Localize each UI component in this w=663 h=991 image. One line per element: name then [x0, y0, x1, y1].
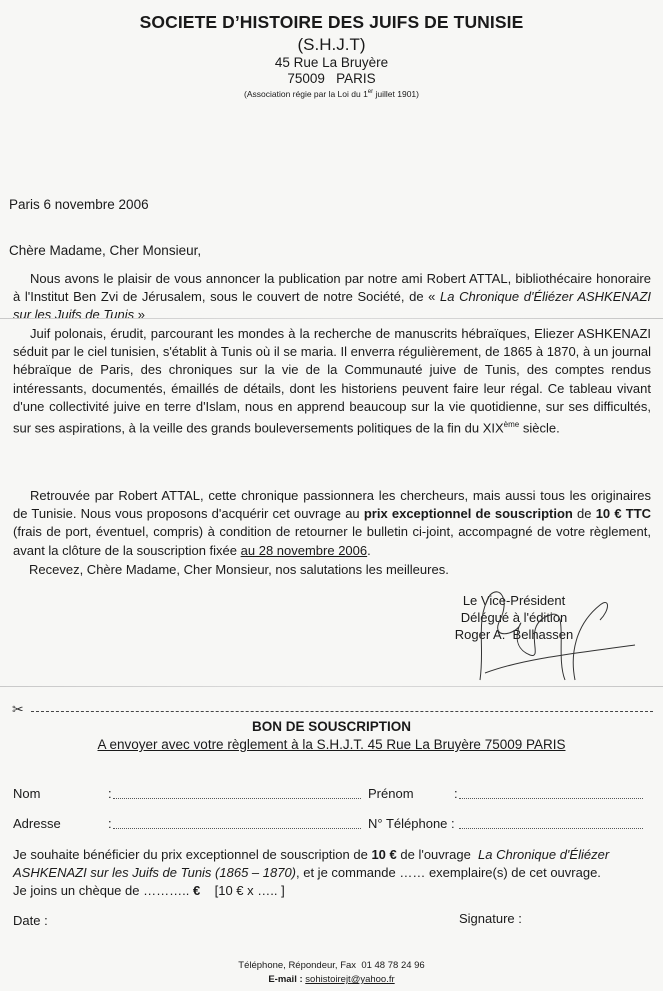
- form-row-address: Adresse : N° Téléphone :: [13, 816, 653, 836]
- email-label: E-mail :: [268, 974, 302, 985]
- paper-fold-line: [0, 318, 663, 319]
- p2-text: Juif polonais, érudit, parcourant les mo…: [13, 326, 651, 435]
- order-price: 10 €: [371, 847, 396, 862]
- organization-abbreviation: (S.H.J.T): [0, 35, 663, 55]
- scissors-icon: ✂: [12, 702, 24, 716]
- adresse-label: Adresse: [13, 816, 61, 831]
- nom-colon: :: [108, 786, 112, 801]
- prenom-label: Prénom: [368, 786, 414, 801]
- legal-suffix: juillet 1901): [373, 89, 419, 99]
- closing: Recevez, Chère Madame, Cher Monsieur, no…: [29, 561, 663, 579]
- adresse-field[interactable]: [113, 828, 361, 829]
- letter-page: SOCIETE D’HISTOIRE DES JUIFS DE TUNISIE …: [0, 0, 663, 991]
- signatory-name: Roger A. Belhassen: [444, 626, 584, 643]
- order-part3: , et je commande …… exemplaire(s) de cet…: [296, 865, 601, 880]
- signatory-title: Le Vice-Président: [444, 592, 584, 609]
- p2-sup: ème: [504, 420, 520, 429]
- telephone-field[interactable]: [459, 828, 643, 829]
- cheque-calc: [10 € x ….. ]: [200, 883, 285, 898]
- p3-part4: .: [367, 543, 371, 558]
- nom-field[interactable]: [113, 798, 361, 799]
- organization-name: SOCIETE D’HISTOIRE DES JUIFS DE TUNISIE: [0, 12, 663, 33]
- legal-prefix: (Association régie par la Loi du 1: [244, 89, 368, 99]
- salutation: Chère Madame, Cher Monsieur,: [9, 243, 201, 258]
- paragraph-announcement: Nous avons le plaisir de vous annoncer l…: [13, 270, 651, 325]
- signatory-block: Le Vice-Président Délégué à l'édition Ro…: [444, 592, 584, 643]
- telephone-label: N° Téléphone :: [368, 816, 455, 831]
- dashed-line: [31, 711, 653, 712]
- price-bold: 10 € TTC: [596, 506, 651, 521]
- adresse-colon: :: [108, 816, 112, 831]
- offer-bold: prix exceptionnel de souscription: [364, 506, 573, 521]
- form-title: BON DE SOUSCRIPTION: [0, 719, 663, 734]
- order-statement: Je souhaite bénéficier du prix exception…: [13, 846, 653, 900]
- prenom-field[interactable]: [459, 798, 643, 799]
- p3-part2: de: [573, 506, 596, 521]
- prenom-colon: :: [454, 786, 458, 801]
- organization-legal-status: (Association régie par la Loi du 1er jui…: [0, 89, 663, 99]
- deadline: au 28 novembre 2006: [241, 543, 367, 558]
- organization-city: 75009 PARIS: [0, 71, 663, 86]
- paragraph-offer: Retrouvée par Robert ATTAL, cette chroni…: [13, 487, 651, 560]
- email-link[interactable]: sohistoirejt@yahoo.fr: [305, 974, 394, 985]
- order-part1: Je souhaite bénéficier du prix exception…: [13, 847, 371, 862]
- footer-email: E-mail : sohistoirejt@yahoo.fr: [0, 974, 663, 985]
- paragraph-description: Juif polonais, érudit, parcourant les mo…: [13, 325, 651, 438]
- letter-date: Paris 6 novembre 2006: [9, 197, 149, 212]
- date-label: Date :: [13, 913, 48, 928]
- nom-label: Nom: [13, 786, 40, 801]
- city-text: 75009 PARIS: [287, 71, 375, 86]
- order-part2: de l'ouvrage: [397, 847, 478, 862]
- footer-phone: Téléphone, Répondeur, Fax 01 48 78 24 96: [0, 960, 663, 971]
- form-row-name: Nom : Prénom :: [13, 786, 653, 806]
- form-subtitle: A envoyer avec votre règlement à la S.H.…: [0, 737, 663, 752]
- p1-end: »: [134, 307, 145, 322]
- cheque-line: Je joins un chèque de ………..: [13, 883, 193, 898]
- organization-street: 45 Rue La Bruyère: [0, 55, 663, 70]
- signature-label: Signature :: [459, 911, 522, 926]
- p2-end: siècle.: [519, 420, 559, 435]
- paper-fold-line: [0, 686, 663, 687]
- signatory-role: Délégué à l'édition: [444, 609, 584, 626]
- form-subtitle-text: A envoyer avec votre règlement à la S.H.…: [98, 737, 566, 752]
